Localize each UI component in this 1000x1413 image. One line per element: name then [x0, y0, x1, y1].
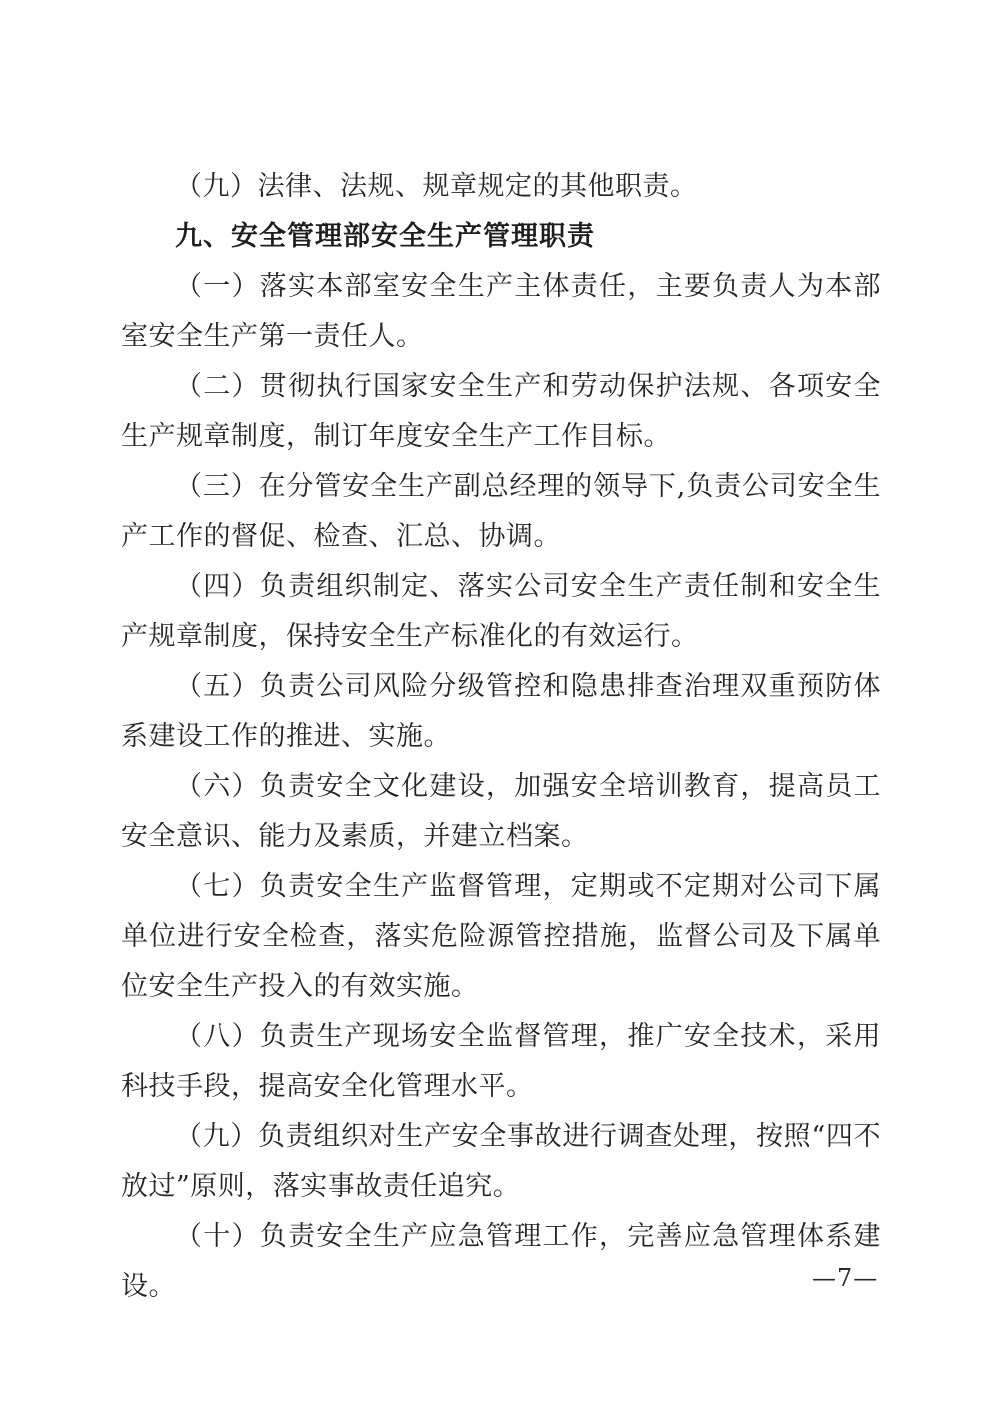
paragraph-item-4: （四）负责组织制定、落实公司安全生产责任制和安全生产规章制度，保持安全生产标准化… [121, 562, 881, 662]
paragraph-item-5: （五）负责公司风险分级管控和隐患排查治理双重预防体系建设工作的推进、实施。 [121, 662, 881, 762]
paragraph-item-10: （十）负责安全生产应急管理工作，完善应急管理体系建设。 [121, 1212, 881, 1312]
paragraph-item-8: （八）负责生产现场安全监督管理，推广安全技术，采用科技手段，提高安全化管理水平。 [121, 1012, 881, 1112]
page-number: —7— [812, 1264, 878, 1292]
paragraph-item-7: （七）负责安全生产监督管理，定期或不定期对公司下属单位进行安全检查，落实危险源管… [121, 862, 881, 1012]
document-page: （九）法律、法规、规章规定的其他职责。 九、安全管理部安全生产管理职责 （一）落… [0, 0, 1000, 1413]
paragraph-item-9: （九）负责组织对生产安全事故进行调查处理，按照“四不放过”原则，落实事故责任追究… [121, 1112, 881, 1212]
paragraph-item-1: （一）落实本部室安全生产主体责任，主要负责人为本部室安全生产第一责任人。 [121, 262, 881, 362]
paragraph-prior-item-9: （九）法律、法规、规章规定的其他职责。 [121, 162, 881, 212]
paragraph-item-2: （二）贯彻执行国家安全生产和劳动保护法规、各项安全生产规章制度，制订年度安全生产… [121, 362, 881, 462]
paragraph-item-3: （三）在分管安全生产副总经理的领导下,负责公司安全生产工作的督促、检查、汇总、协… [121, 462, 881, 562]
document-content: （九）法律、法规、规章规定的其他职责。 九、安全管理部安全生产管理职责 （一）落… [121, 162, 881, 1312]
section-heading: 九、安全管理部安全生产管理职责 [121, 212, 881, 262]
paragraph-item-6: （六）负责安全文化建设，加强安全培训教育，提高员工安全意识、能力及素质，并建立档… [121, 762, 881, 862]
